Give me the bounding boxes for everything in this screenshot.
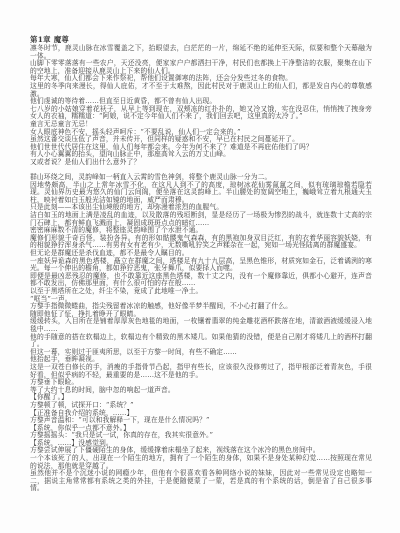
paragraph: 等了大约十息的时间，脑中忽的响起一道声音。	[30, 387, 372, 395]
paragraph: 缓缓转头，入目所在是铺着厚厚灰色地毯的地面，一枚镶着翡翠的纯金雕花酒杯跌落在地，…	[30, 318, 372, 333]
paragraph: 这里的冬季向来漫长，得仙人庇佑，才不至于太难熬，因此村民对于鹿灵山上的仙人们，都…	[30, 83, 372, 98]
paragraph: 虽然他并不是个沉迷小说的网瘾少年，但他有个很喜欢看各种网络小说的妹妹，因此对一些…	[30, 470, 372, 493]
paragraph: 因地势颇高，半山之上常年冰雪不化，在这凡人到不了的高度，琼树冰花仙雾氤氲之间，似…	[30, 182, 372, 205]
chapter-content: 凛冬时节，鹿灵山脉在冰雪覆盖之下，抬眼望去，白茫茫的一片，绵延不绝的延伸至天际，…	[30, 45, 372, 493]
paragraph: 一座妖异诡森的黑色塔楼，矗立在群魔之间，塔楼足有九十九层高，呈黑色锥形，材质宛如…	[30, 258, 372, 273]
paragraph: 这是一双苍白修长的手，消瘦的手指骨节凸起，指甲有些长，应该很久没修剪过了，指甲根…	[30, 364, 372, 379]
paragraph: 凛冬时节，鹿灵山脉在冰雪覆盖之下，抬眼望去，白茫茫的一片，绵延不绝的延伸至天际，…	[30, 45, 372, 60]
chapter-title: 第1章 魔尊	[30, 36, 372, 44]
paragraph: 洁白如玉的地面上满是凌乱的血迹，以及散落的残垣断剑，显是经历了一场极为惨烈的战斗…	[30, 212, 372, 227]
paragraph: 一个本该死了的人，出现在一个陌生的地方，拥有了一个陌生的身体，如果不是身处某种幻…	[30, 455, 372, 470]
paragraph: 他的手随意的搭在软榻边上，软榻边有个精致的黑木矮几。如果他猜的没错，便是自己刚才…	[30, 334, 372, 349]
paragraph: 以至于黑塔所在之处，纤尘不染，竟成了此地唯一净土。	[30, 288, 372, 296]
paragraph: 七八岁的小姑娘穿着花袄子，从早上等到现在，双颊冻的红扑扑的，她又冷又饿，实在没忍…	[30, 106, 372, 121]
paragraph: 即便是最凶恶残忍的魔修，也不敢靠近这座黑色塔楼，数十丈之内，没有一个魔修靠近，俱…	[30, 273, 372, 288]
paragraph: 魔修们形貌千奇百怪，装扮各异。有的形如骷髅鬼气森森，有的黑袍加身双目泛红，有的衣…	[30, 235, 372, 250]
paragraph: 又或者说？是仙人们出什么意外了？	[30, 159, 372, 167]
document-page: 第1章 魔尊 凛冬时节，鹿灵山脉在冰雪覆盖之下，抬眼望去，白茫茫的一片，绵延不绝…	[0, 0, 400, 533]
